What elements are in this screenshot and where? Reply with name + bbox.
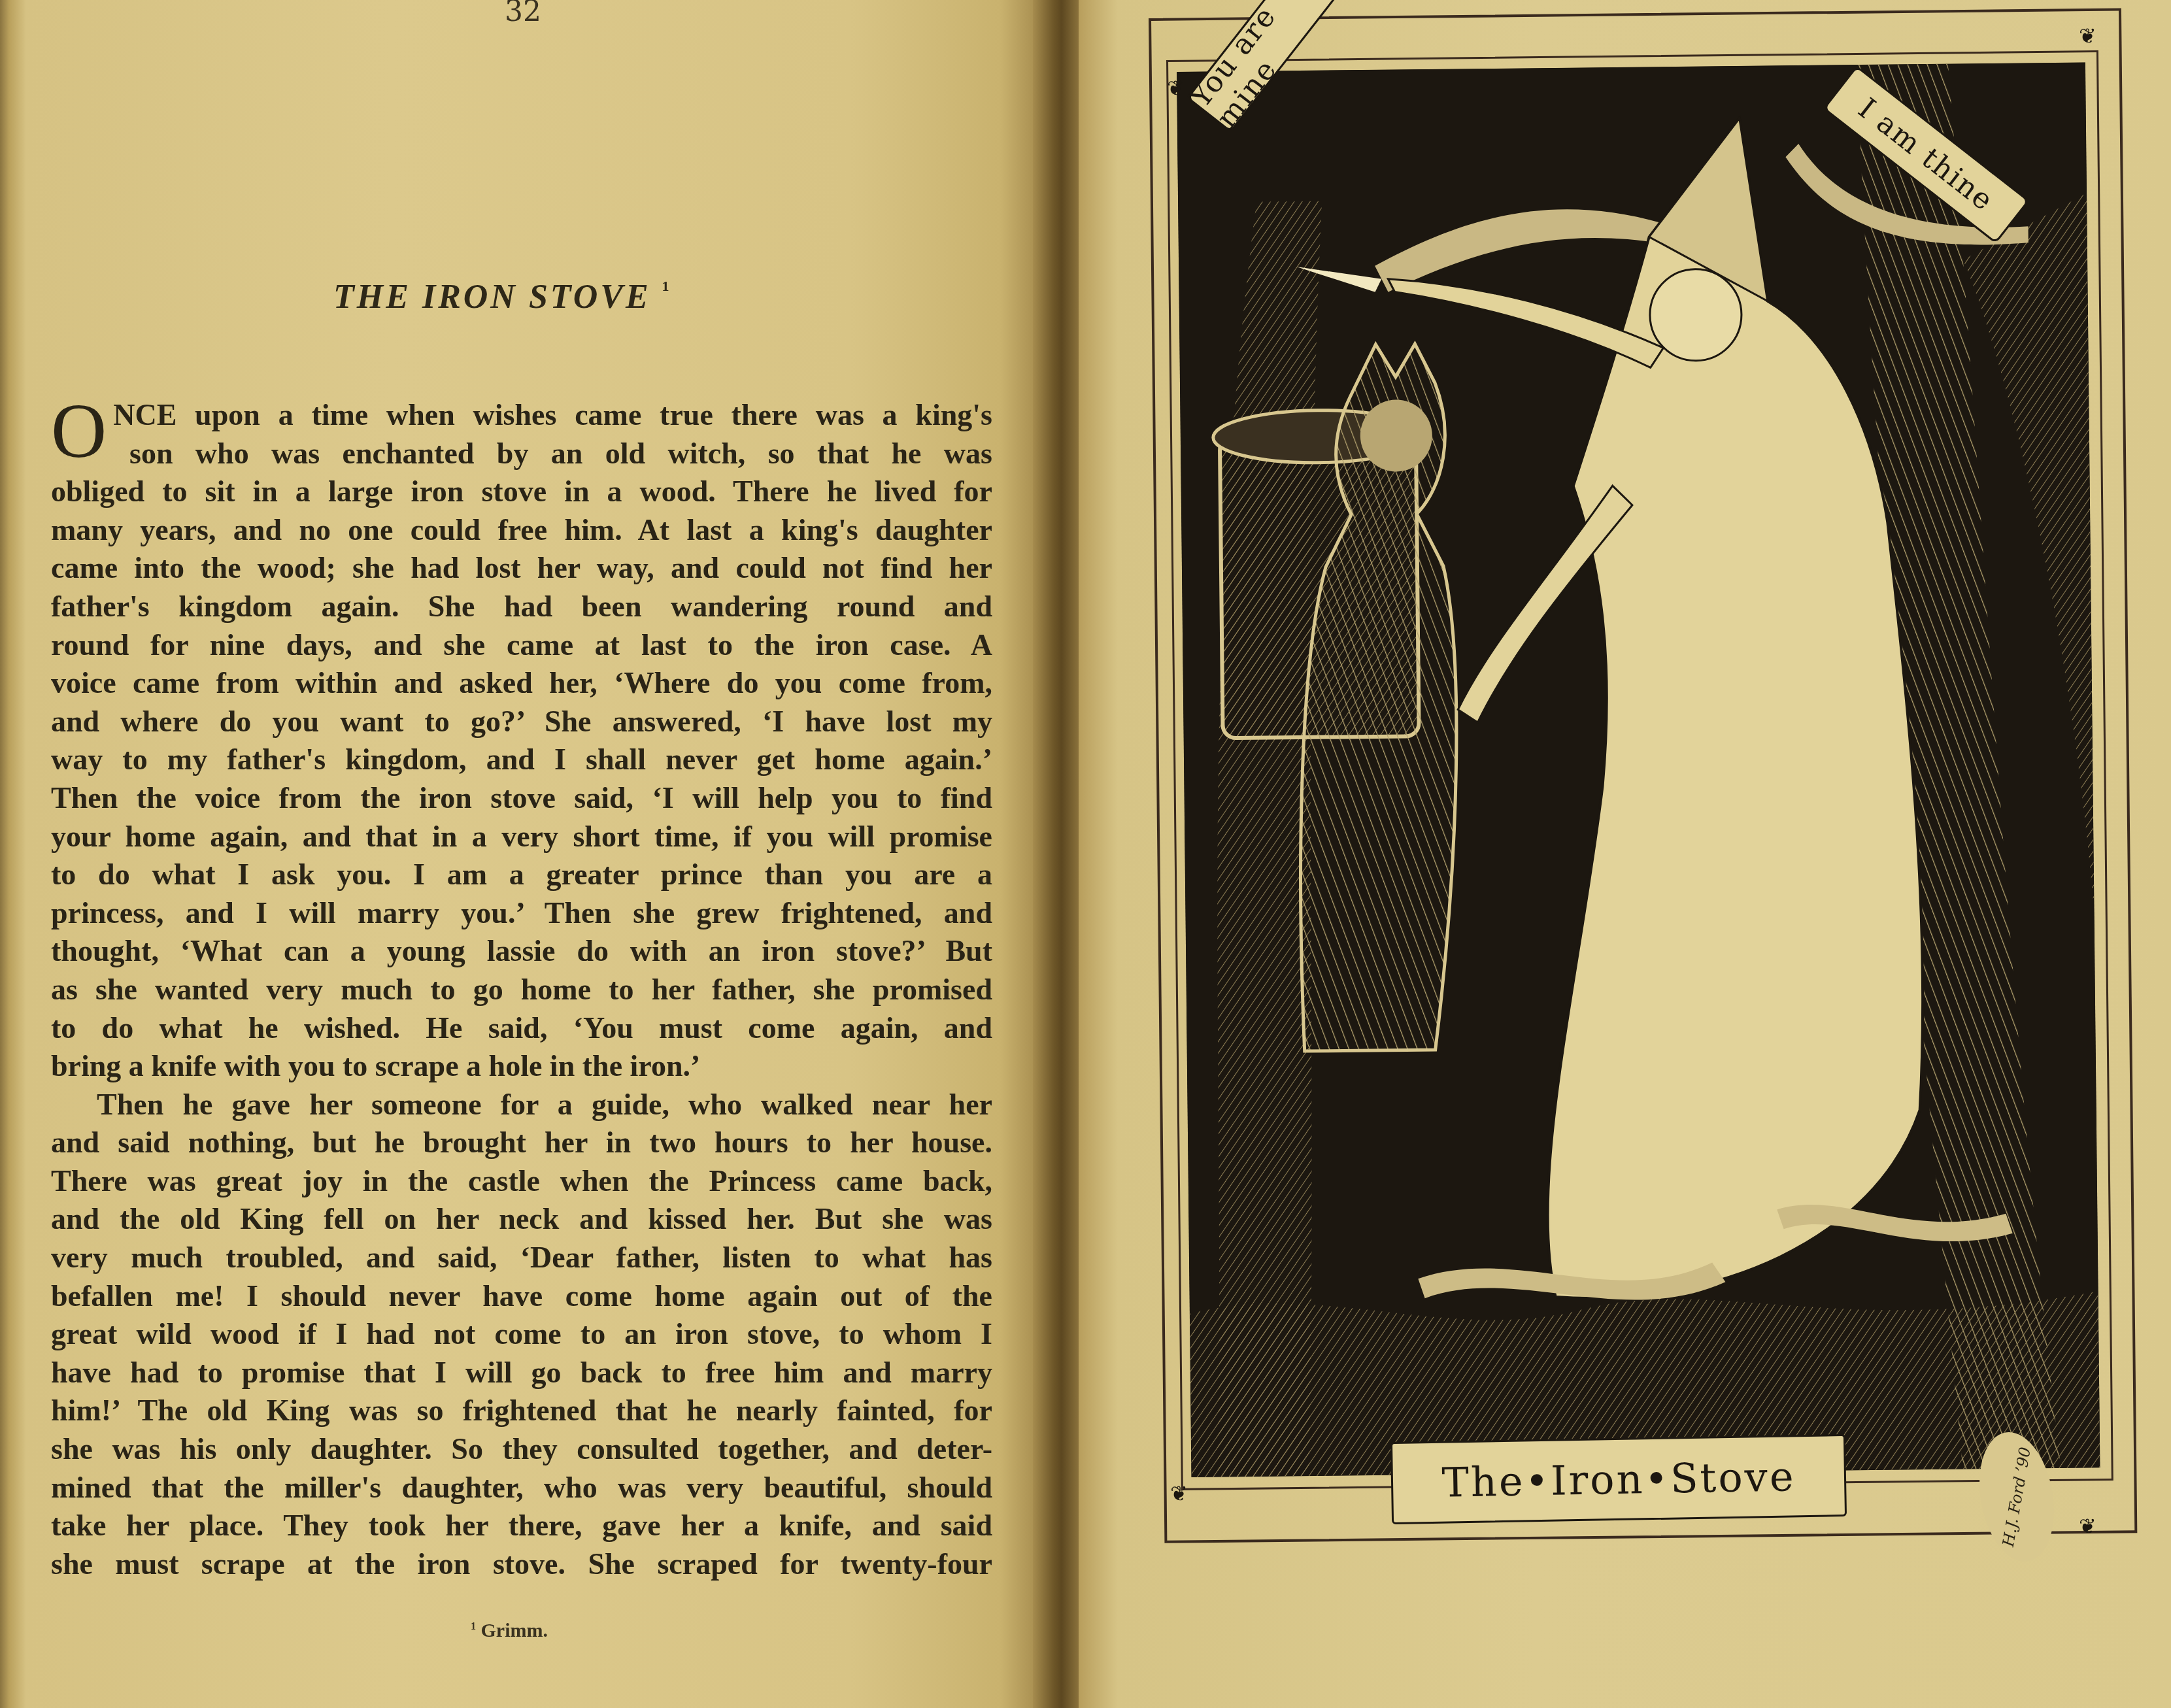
text-line: voice came from within and asked her, ‘W…	[51, 664, 992, 703]
text-line: There was great joy in the castle when t…	[51, 1162, 992, 1201]
text-line: and where do you want to go?’ She answer…	[51, 703, 992, 741]
text-line: as she wanted very much to go home to he…	[51, 971, 992, 1009]
text-line: great wild wood if I had not come to an …	[51, 1315, 992, 1354]
text-line: bring a knife with you to scrape a hole …	[51, 1047, 992, 1086]
plate-caption-banner: The•Iron•Stove	[1390, 1434, 1847, 1524]
corner-leaf-icon: ❦	[2079, 26, 2098, 46]
text-line: your home again, and that in a very shor…	[51, 818, 992, 856]
text-line: many years, and no one could free him. A…	[51, 511, 992, 550]
text-line: son who was enchanted by an old witch, s…	[51, 435, 992, 473]
open-book-spread: 32 THE IRON STOVE 1 O NCE upon a time wh…	[0, 0, 2171, 1708]
corner-leaf-icon: ❦	[2079, 1516, 2098, 1536]
text-line: Then he gave her someone for a guide, wh…	[51, 1086, 992, 1124]
corner-leaf-icon: ❦	[1170, 1484, 1190, 1503]
text-line: NCE upon a time when wishes came true th…	[51, 396, 992, 435]
chapter-title: THE IRON STOVE 1	[333, 278, 672, 316]
text-line: mined that the miller's daughter, who wa…	[51, 1469, 992, 1507]
text-line: to do what I ask you. I am a greater pri…	[51, 856, 992, 894]
text-line: obliged to sit in a large iron stove in …	[51, 473, 992, 511]
text-line: princess, and I will marry you.’ Then sh…	[51, 894, 992, 933]
drop-cap: O	[51, 399, 107, 464]
plate-caption: The•Iron•Stove	[1441, 1452, 1796, 1506]
page-number: 32	[505, 0, 541, 28]
text-line: father's kingdom again. She had been wan…	[51, 588, 992, 626]
text-line: him!’ The old King was so frightened tha…	[51, 1392, 992, 1430]
text-line: to do what he wished. He said, ‘You must…	[51, 1009, 992, 1048]
footnote: 1 Grimm.	[471, 1620, 548, 1642]
text-line: way to my father's kingdom, and I shall …	[51, 741, 992, 779]
text-line: have had to promise that I will go back …	[51, 1354, 992, 1392]
text-line: came into the wood; she had lost her way…	[51, 549, 992, 588]
book-gutter	[1033, 0, 1085, 1708]
chapter-title-text: THE IRON STOVE	[333, 278, 651, 316]
illustration-engraving	[1177, 62, 2100, 1477]
signature-text: H.J. Ford ’90	[1999, 1446, 2034, 1549]
text-line: and the old King fell on her neck and ki…	[51, 1200, 992, 1239]
text-line: and said nothing, but he brought her in …	[51, 1124, 992, 1162]
text-line: very much troubled, and said, ‘Dear fath…	[51, 1239, 992, 1277]
chapter-footnote-mark: 1	[662, 278, 672, 294]
corner-leaf-icon: ❦	[1167, 78, 1186, 98]
text-line: she was his only daughter. So they consu…	[51, 1430, 992, 1469]
text-line: befallen me! I should never have come ho…	[51, 1277, 992, 1316]
left-page: 32 THE IRON STOVE 1 O NCE upon a time wh…	[0, 0, 1046, 1708]
text-line: she must scrape at the iron stove. She s…	[51, 1545, 992, 1584]
text-line: round for nine days, and she came at las…	[51, 626, 992, 665]
text-line: thought, ‘What can a young lassie do wit…	[51, 932, 992, 971]
text-line: Then the voice from the iron stove said,…	[51, 779, 992, 818]
story-body-text: O NCE upon a time when wishes came true …	[51, 396, 992, 1583]
footnote-mark: 1	[471, 1621, 476, 1632]
footnote-text: Grimm.	[481, 1620, 548, 1641]
text-line: take her place. They took her there, gav…	[51, 1507, 992, 1545]
forest-scene-illustration	[1177, 62, 2100, 1477]
